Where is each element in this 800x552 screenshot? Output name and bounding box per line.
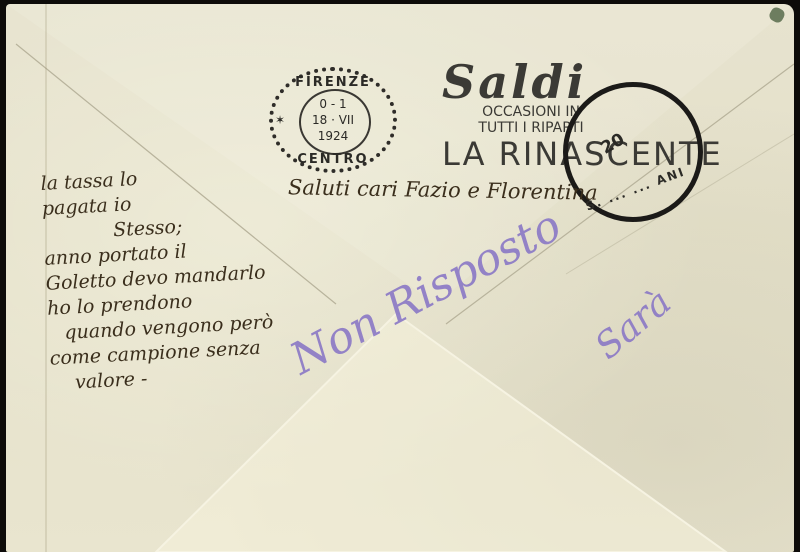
postmark-firenze: FIRENZE ✶ 0 - 1 18 · VII 1924 CENTRO [269,67,397,173]
postmark-city: FIRENZE [269,75,397,90]
postmark-date: 18 · VII [269,113,397,127]
postmark-office: CENTRO [269,152,397,167]
handwritten-note-left: la tassa lo pagata io Stesso; anno porta… [40,160,277,396]
postmark-time: 0 - 1 [269,97,397,111]
postmark-year: 1924 [269,129,397,143]
envelope-back: FIRENZE ✶ 0 - 1 18 · VII 1924 CENTRO Sal… [6,4,794,552]
